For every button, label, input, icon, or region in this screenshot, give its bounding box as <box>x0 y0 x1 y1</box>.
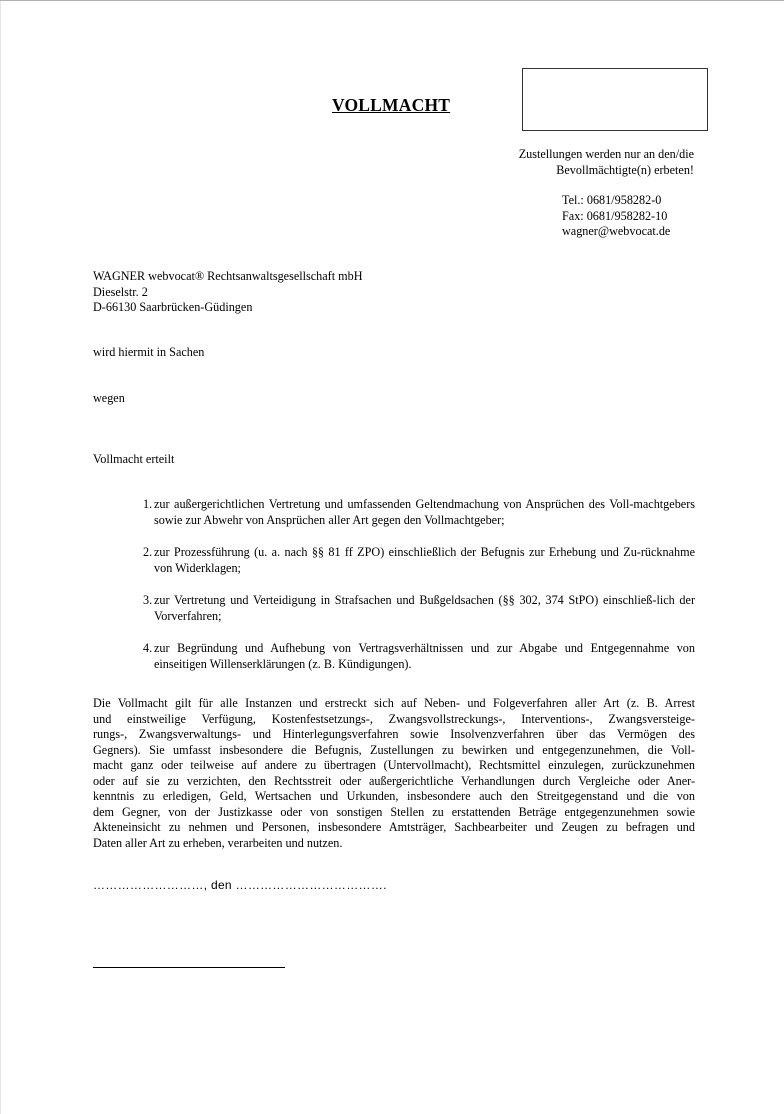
paragraph-line: rungs-, Zwangsverwaltungs- und Hinterleg… <box>93 727 695 743</box>
paragraph-line: Akteneinsicht zu nehmen und Personen, in… <box>93 820 695 836</box>
list-item: 4. zur Begründung und Aufhebung von Vert… <box>143 641 695 672</box>
document-title: VOLLMACHT <box>332 95 450 116</box>
notice-line: Bevollmächtigte(n) erbeten! <box>470 163 694 179</box>
paragraph-line: und einstweilige Verfügung, Kostenfestse… <box>93 712 695 728</box>
notice-line: Zustellungen werden nur an den/die <box>470 147 694 163</box>
phone-number: Tel.: 0681/958282-0 <box>562 193 670 209</box>
fax-number: Fax: 0681/958282-10 <box>562 209 670 225</box>
list-item: 3. zur Vertretung und Verteidigung in St… <box>143 593 695 624</box>
paragraph-line: dem Gegner, von der Justizkasse oder von… <box>93 805 695 821</box>
list-item: 2. zur Prozessführung (u. a. nach §§ 81 … <box>143 545 695 576</box>
paragraph-line: kenntnis zu erledigen, Geld, Wertsachen … <box>93 789 695 805</box>
address-line: WAGNER webvocat® Rechtsanwaltsgesellscha… <box>93 269 363 285</box>
list-number: 3. <box>143 593 154 624</box>
page-left-border <box>0 1 1 1114</box>
delivery-notice: Zustellungen werden nur an den/die Bevol… <box>470 147 694 178</box>
contact-block: Tel.: 0681/958282-0 Fax: 0681/958282-10 … <box>562 193 670 240</box>
list-number: 1. <box>143 497 154 528</box>
list-item: 1. zur außergerichtlichen Vertretung und… <box>143 497 695 528</box>
list-text: zur Begründung und Aufhebung von Vertrag… <box>154 641 695 672</box>
wegen-label: wegen <box>93 391 125 406</box>
stamp-box <box>522 68 708 131</box>
law-firm-address: WAGNER webvocat® Rechtsanwaltsgesellscha… <box>93 269 363 316</box>
list-text: zur Vertretung und Verteidigung in Straf… <box>154 593 695 624</box>
list-number: 4. <box>143 641 154 672</box>
address-line: Dieselstr. 2 <box>93 285 363 301</box>
place-date-line: ………………………, den ………………………………. <box>93 878 387 892</box>
paragraph-line: oder auf sie zu verzichten, den Rechtsst… <box>93 774 695 790</box>
paragraph-line: Die Vollmacht gilt für alle Instanzen un… <box>93 696 695 712</box>
email-address: wagner@webvocat.de <box>562 224 670 240</box>
paragraph-line: Gegners). Sie umfasst insbesondere die B… <box>93 743 695 759</box>
scope-paragraph: Die Vollmacht gilt für alle Instanzen un… <box>93 696 695 851</box>
list-text: zur außergerichtlichen Vertretung und um… <box>154 497 695 528</box>
signature-line <box>93 967 285 968</box>
list-text: zur Prozessführung (u. a. nach §§ 81 ff … <box>154 545 695 576</box>
vollmacht-erteilt-label: Vollmacht erteilt <box>93 452 174 467</box>
paragraph-line: macht ganz oder teilweise auf andere zu … <box>93 758 695 774</box>
list-number: 2. <box>143 545 154 576</box>
powers-list: 1. zur außergerichtlichen Vertretung und… <box>143 497 695 689</box>
paragraph-line: Daten aller Art zu erheben, verarbeiten … <box>93 836 695 852</box>
address-line: D-66130 Saarbrücken-Güdingen <box>93 300 363 316</box>
in-sachen-label: wird hiermit in Sachen <box>93 345 204 360</box>
page-top-border <box>0 0 784 1</box>
